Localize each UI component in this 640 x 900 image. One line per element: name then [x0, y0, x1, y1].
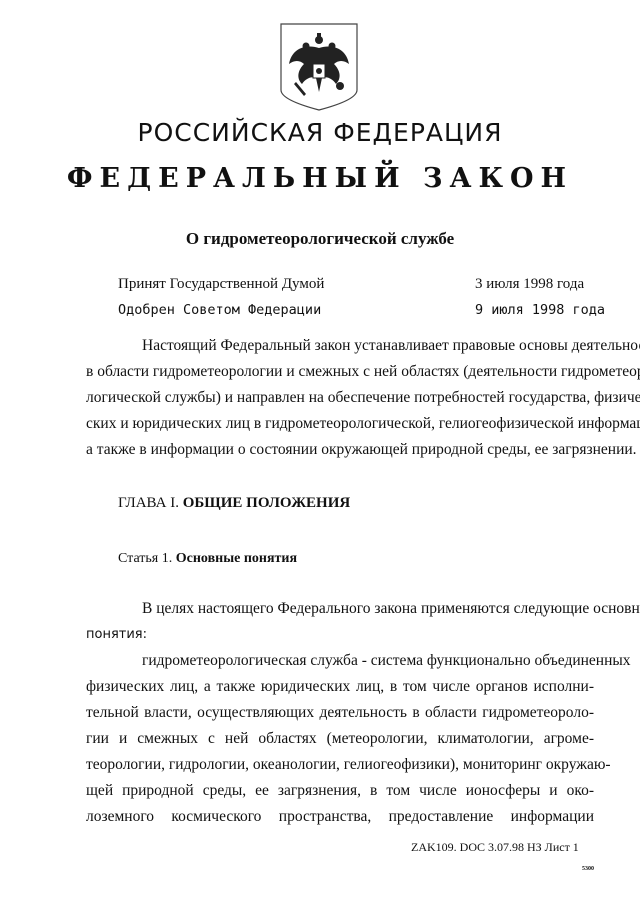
text-line: В целях настоящего Федерального закона п…	[86, 596, 594, 622]
text-line: щей природной среды, ее загрязнения, в т…	[86, 778, 594, 804]
chapter-heading: ГЛАВА I. ОБЩИЕ ПОЛОЖЕНИЯ	[118, 495, 350, 512]
text-line: лоземного космического пространства, пре…	[86, 804, 594, 830]
document-footer: ZAK109. DOC 3.07.98 НЗ Лист 1	[411, 840, 579, 855]
chapter-title: ОБЩИЕ ПОЛОЖЕНИЯ	[183, 495, 351, 511]
text-line: теорологии, гидрологии, океанологии, гел…	[86, 752, 594, 778]
article-intro-paragraph: В целях настоящего Федерального закона п…	[86, 596, 594, 648]
country-heading: РОССИЙСКАЯ ФЕДЕРАЦИЯ	[0, 118, 640, 147]
text-line: в области гидрометеорологии и смежных с …	[86, 359, 594, 385]
article-heading: Статья 1. Основные понятия	[118, 551, 297, 567]
page-code: 5300	[582, 866, 594, 872]
approved-by-council-label: Одобрен Советом Федерации	[118, 302, 321, 318]
adopted-by-duma-label: Принят Государственной Думой	[118, 276, 324, 293]
chapter-number: ГЛАВА I.	[118, 495, 179, 511]
law-subject: О гидрометеорологической службе	[0, 229, 640, 249]
coat-of-arms-icon	[276, 20, 362, 112]
text-line: гидрометеорологическая служба - система …	[86, 648, 594, 674]
article-title: Основные понятия	[176, 551, 297, 566]
text-line: понятия:	[86, 622, 594, 648]
text-line: гии и смежных с ней областях (метеоролог…	[86, 726, 594, 752]
preamble-paragraph: Настоящий Федеральный закон устанавливае…	[86, 333, 594, 463]
article-number: Статья 1.	[118, 551, 172, 566]
text-line: Настоящий Федеральный закон устанавливае…	[86, 333, 594, 359]
document-type-heading: ФЕДЕРАЛЬНЫЙ ЗАКОН	[0, 163, 640, 194]
text-line: а также в информации о состоянии окружаю…	[86, 437, 594, 463]
text-line: физических лиц, а также юридических лиц,…	[86, 674, 594, 700]
text-line: ских и юридических лиц в гидрометеоролог…	[86, 411, 594, 437]
approved-by-council-date: 9 июля 1998 года	[475, 302, 605, 318]
definition-paragraph: гидрометеорологическая служба - система …	[86, 648, 594, 830]
adopted-by-duma-date: 3 июля 1998 года	[475, 276, 584, 293]
text-line: логической службы) и направлен на обеспе…	[86, 385, 594, 411]
text-line: тельной власти, осуществляющих деятельно…	[86, 700, 594, 726]
